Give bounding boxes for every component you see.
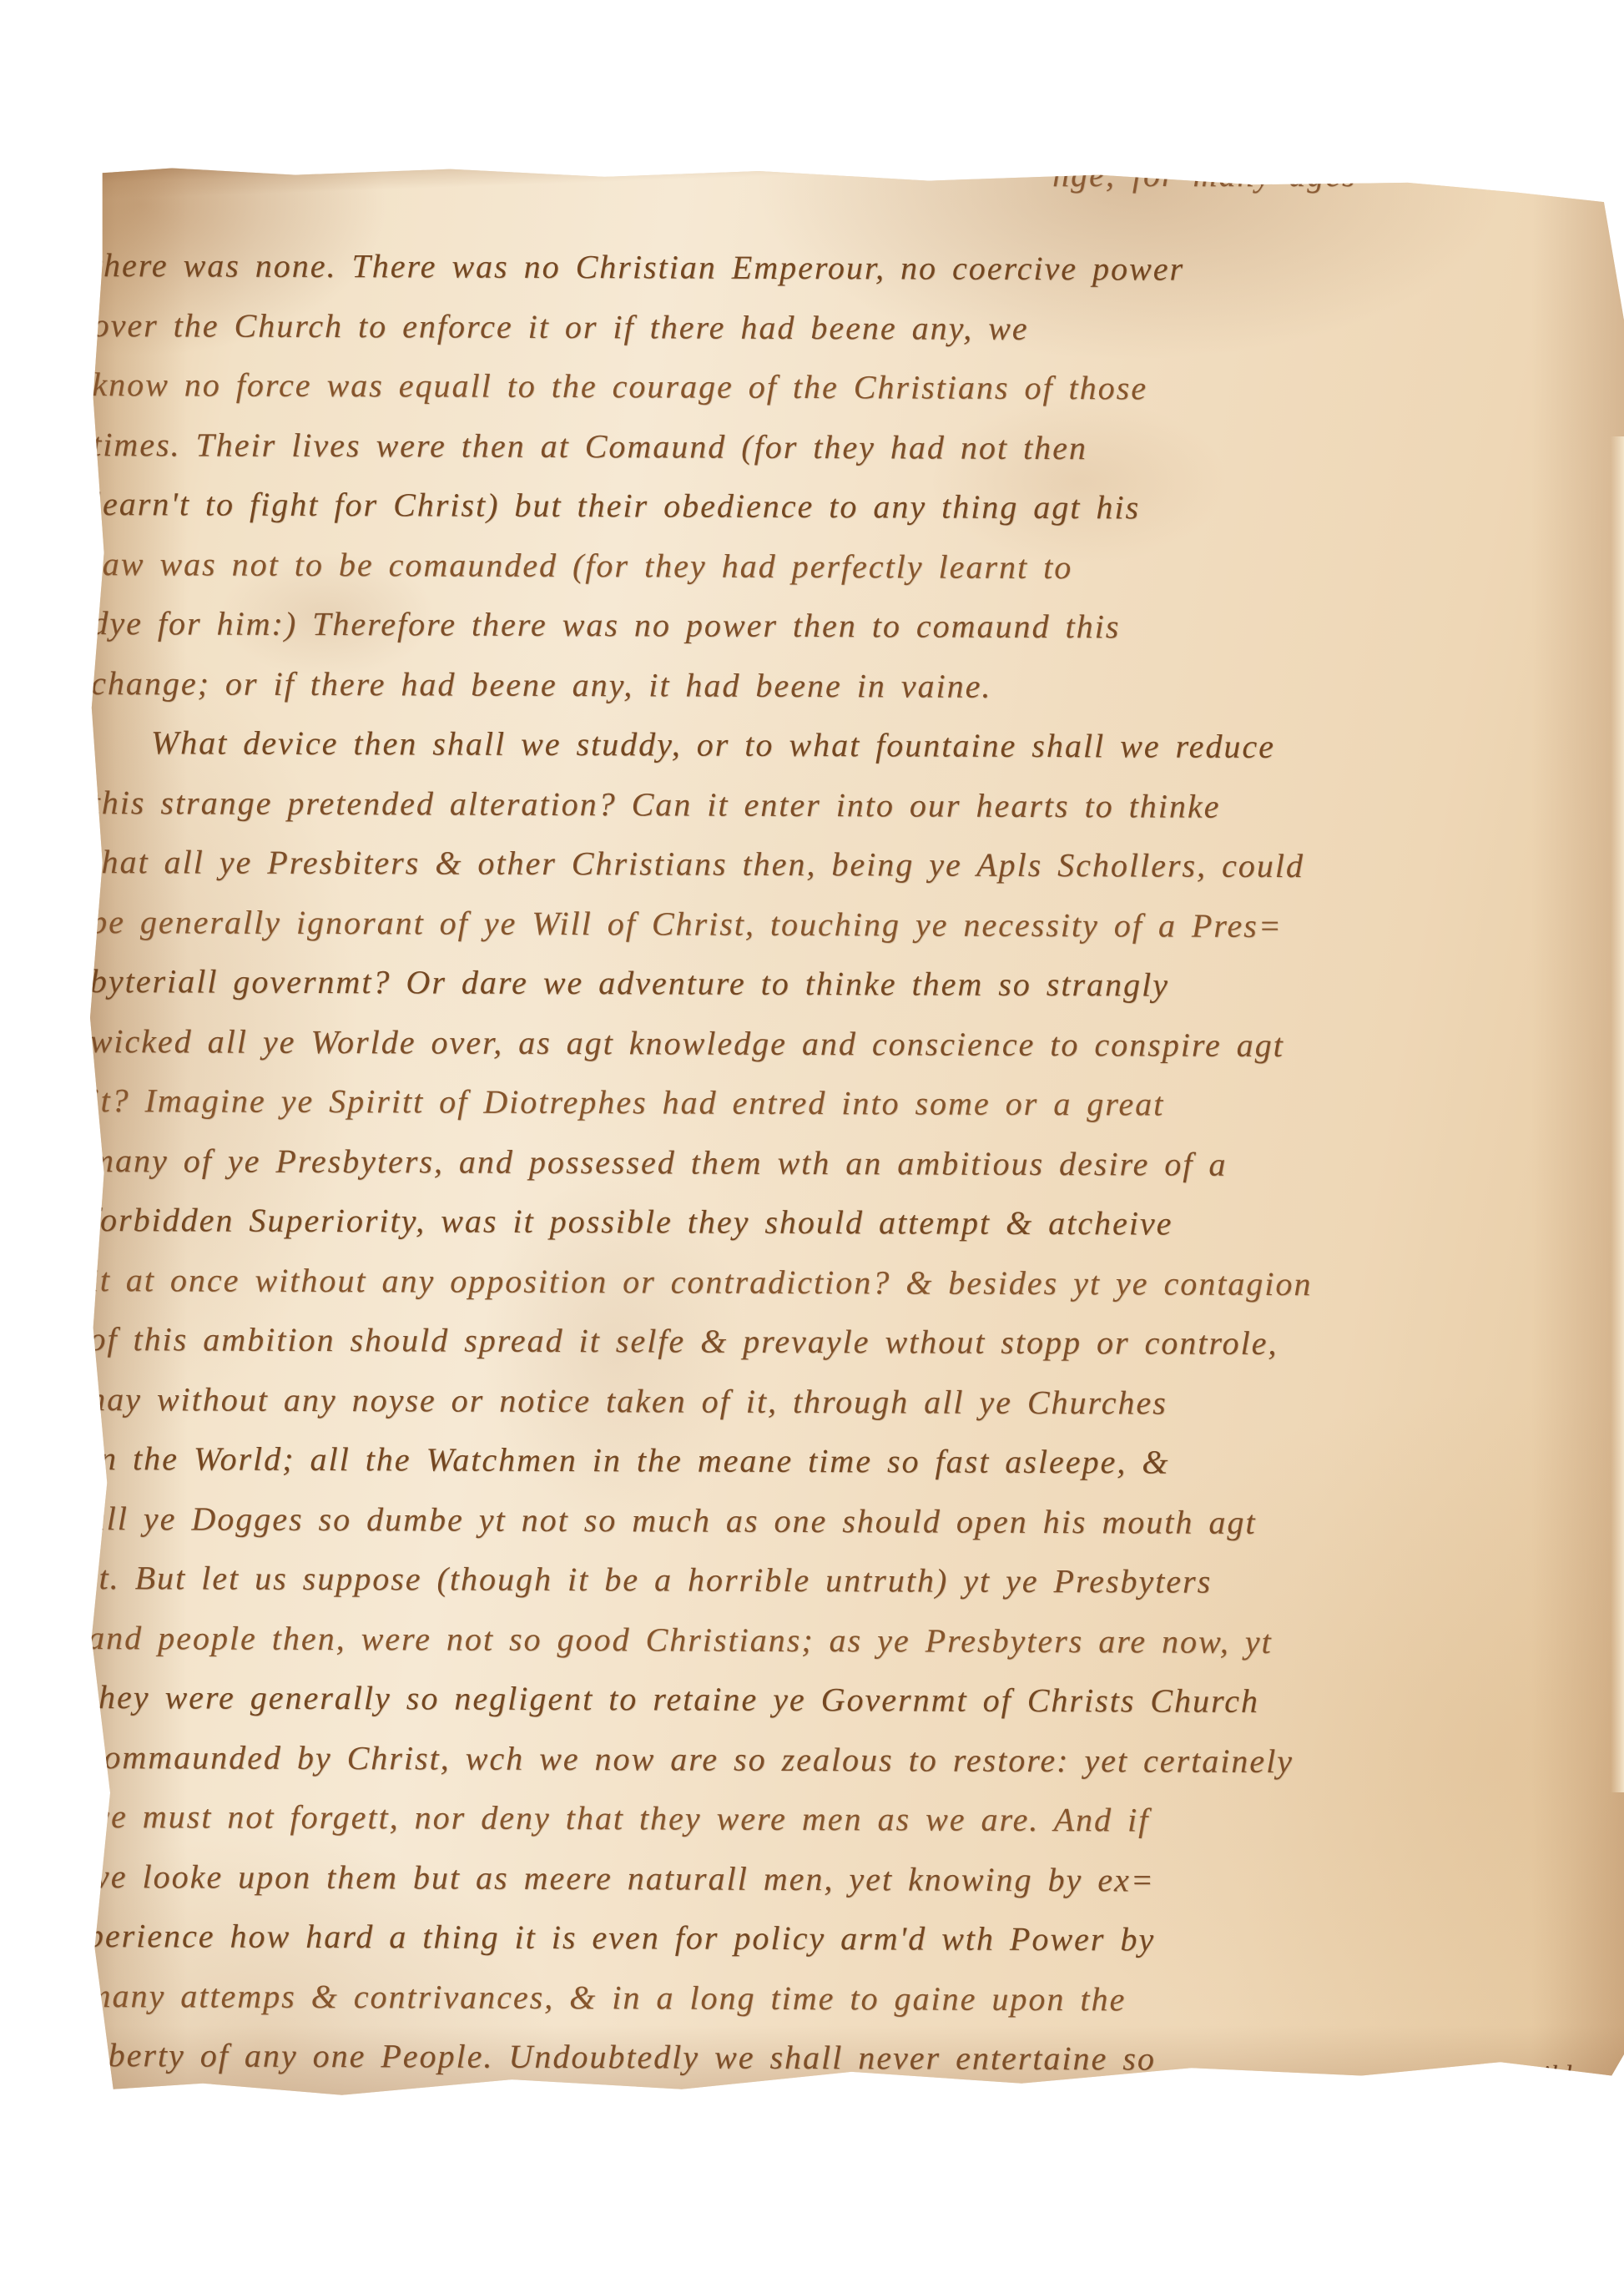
- manuscript-line: it. But let us suppose (though it be a h…: [88, 1548, 1619, 1613]
- manuscript-line: change; or if there had beene any, it ha…: [91, 653, 1622, 718]
- manuscript-top-fragment-text: nge, for many ages: [1052, 169, 1624, 194]
- manuscript-line: of this ambition should spread it selfe …: [88, 1309, 1620, 1374]
- manuscript-line: liberty of any one People. Undoubtedly w…: [86, 2025, 1617, 2090]
- manuscript-line: nay without any noyse or notice taken of…: [88, 1369, 1620, 1434]
- photo-background: nge, for many ages there was none. There…: [0, 0, 1624, 2273]
- manuscript-line: many of ye Presbyters, and possessed the…: [89, 1131, 1621, 1196]
- manuscript-page: nge, for many ages there was none. There…: [79, 165, 1624, 2103]
- manuscript-line: wicked all ye Worlde over, as agt knowle…: [90, 1011, 1621, 1076]
- manuscript-line: we looke upon them but as meere naturall…: [87, 1847, 1618, 1912]
- manuscript-line: in the World; all the Watchmen in the me…: [88, 1429, 1620, 1494]
- manuscript-line: there was none. There was no Christian E…: [93, 235, 1624, 300]
- manuscript-line: over the Church to enforce it or if ther…: [93, 295, 1624, 360]
- manuscript-line: byteriall governmt? Or dare we adventure…: [90, 951, 1621, 1016]
- manuscript-line: times. Their lives were then at Comaund …: [92, 415, 1623, 480]
- manuscript-line: perience how hard a thing it is even for…: [87, 1906, 1618, 1971]
- manuscript-line: many attemps & contrivances, & in a long…: [87, 1966, 1618, 2031]
- manuscript-line: it? Imagine ye Spiritt of Diotrephes had…: [89, 1071, 1621, 1136]
- catchword: wild: [1525, 2059, 1572, 2089]
- manuscript-line: know no force was equall to the courage …: [92, 355, 1623, 420]
- manuscript-text: there was none. There was no Christian E…: [73, 235, 1624, 2090]
- manuscript-line: this strange pretended alteration? Can i…: [91, 773, 1622, 838]
- manuscript-line: learn't to fight for Christ) but their o…: [92, 474, 1623, 539]
- manuscript-line: forbidden Superiority, was it possible t…: [89, 1190, 1621, 1255]
- manuscript-line: dye for him:) Therefore there was no pow…: [91, 593, 1622, 658]
- manuscript-line: commaunded by Christ, wch we now are so …: [88, 1727, 1619, 1792]
- manuscript-line: and people then, were not so good Christ…: [88, 1608, 1619, 1673]
- manuscript-line: law was not to be comaunded (for they ha…: [92, 534, 1623, 599]
- manuscript-top-fragment: nge, for many ages: [1052, 169, 1624, 217]
- manuscript-line: that all ye Presbiters & other Christian…: [90, 832, 1621, 897]
- manuscript-line: be generally ignorant of ye Will of Chri…: [90, 892, 1621, 957]
- manuscript-line: we must not forgett, nor deny that they …: [87, 1787, 1618, 1852]
- manuscript-line: all ye Dogges so dumbe yt not so much as…: [88, 1489, 1620, 1554]
- manuscript-line: What device then shall we studdy, or to …: [91, 713, 1622, 778]
- manuscript-line: they were generally so negligent to reta…: [88, 1667, 1619, 1732]
- manuscript-line: it at once without any opposition or con…: [89, 1250, 1621, 1315]
